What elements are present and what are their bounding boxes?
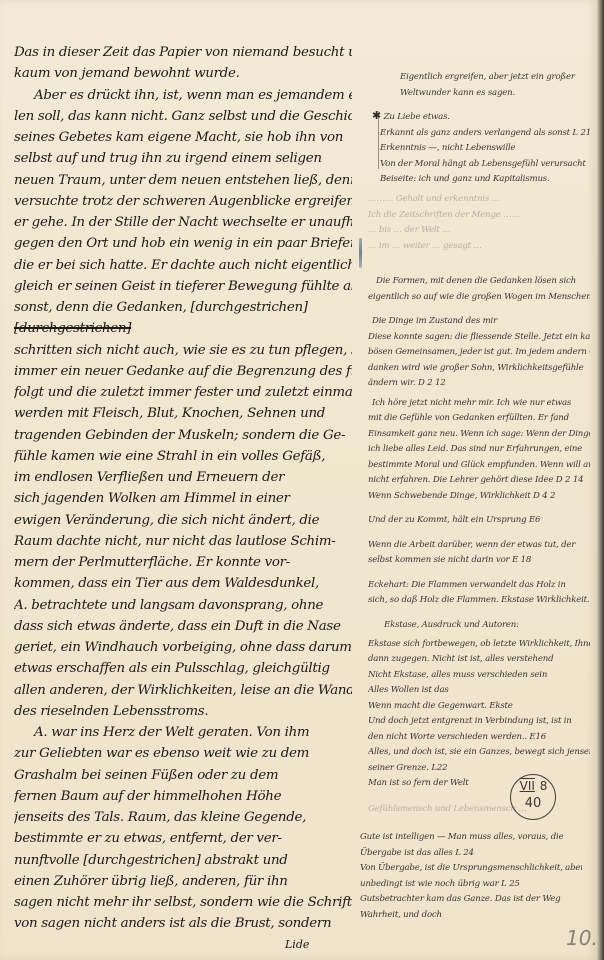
margin-line: Und der zu Kommt, hält ein Ursprung E6 xyxy=(368,513,590,529)
main-line: einen Zuhörer übrig ließ, anderen, für i… xyxy=(14,871,352,892)
main-line: sonst, denn die Gedanken, [durchgestrich… xyxy=(14,297,352,318)
margin-line: Von Übergabe, ist die Ursprungsmenschlic… xyxy=(360,861,582,877)
margin-line: danken wird wie großer Sohn, Wirklichkei… xyxy=(368,361,590,377)
main-line: len soll, das kann nicht. Ganz selbst un… xyxy=(14,106,352,127)
margin-line: ✱ Zu Liebe etwas. xyxy=(372,108,594,126)
margin-line: dann zugegen. Nicht ist ist, alles verst… xyxy=(368,652,590,668)
main-line: Grashalm bei seinen Füßen oder zu dem xyxy=(14,765,352,786)
main-line: Raum dachte nicht, nur nicht das lautlos… xyxy=(14,531,352,552)
main-line: seines Gebetes kam eigene Macht, sie hob… xyxy=(14,127,352,148)
main-line: geriet, ein Windhauch vorbeiging, ohne d… xyxy=(14,637,352,658)
margin-line: Alles, und doch ist, sie ein Ganzes, bew… xyxy=(368,745,590,761)
margin-line: Wahrheit, und doch xyxy=(360,908,582,924)
faint-line: … bis … der Welt … xyxy=(368,223,590,239)
stamp-top: VII 8 xyxy=(511,779,555,793)
main-line: kaum von jemand bewohnt wurde. xyxy=(14,63,352,84)
main-line: selbst auf und trug ihn zu irgend einem … xyxy=(14,148,352,169)
show-through-text: ……… Gehalt und erkenntnis … Ich die Zeit… xyxy=(368,192,590,254)
main-line: die er bei sich hatte. Er dachte auch ni… xyxy=(14,255,352,276)
main-line: A. war ins Herz der Welt geraten. Von ih… xyxy=(14,722,352,743)
stamp-folder: 8 xyxy=(540,779,548,793)
main-line: A. betrachtete und langsam davonsprang, … xyxy=(14,595,352,616)
main-line: zur Geliebten war es ebenso weit wie zu … xyxy=(14,743,352,764)
margin-line: Wenn Schwebende Dinge, Wirklichkeit D 4 … xyxy=(368,489,590,505)
margin-line: ich liebe alles Leid. Das sind nur Erfah… xyxy=(368,442,590,458)
main-line: fühle kamen wie eine Strahl in ein volle… xyxy=(14,446,352,467)
margin-line: Eckehart: Die Flammen verwandelt das Hol… xyxy=(368,578,590,594)
pencil-margin-mark xyxy=(359,238,362,268)
margin-line: Man ist so fern der Welt xyxy=(368,776,590,792)
main-line: Aber es drückt ihn, ist, wenn man es jem… xyxy=(14,85,352,106)
margin-line: bösen Gemeinsamen, jeder ist gut. Im jed… xyxy=(368,345,590,361)
main-line: etwas erschaffen als ein Pulsschlag, gle… xyxy=(14,658,352,679)
margin-line: Erkenntnis —, nicht Lebenswille xyxy=(372,141,594,157)
main-line: sagen nicht mehr ihr selbst, sondern wie… xyxy=(14,892,352,913)
margin-line: Ekstase, Ausdruck und Autoren: xyxy=(368,618,590,634)
margin-note-block-5: Gute ist intelligen — Man muss alles, vo… xyxy=(360,830,582,923)
main-line: gegen den Ort und hob ein wenig in ein p… xyxy=(14,233,352,254)
page-edge-shadow xyxy=(597,0,604,960)
margin-line: Wenn macht die Gegenwart. Ekste xyxy=(368,699,590,715)
margin-line: Wenn die Arbeit darüber, wenn der etwas … xyxy=(368,538,590,554)
main-line: jenseits des Tals. Raum, das kleine Gege… xyxy=(14,807,352,828)
catchword: Lide xyxy=(285,938,309,951)
margin-line: Nicht Ekstase, alles muss verschieden se… xyxy=(368,668,590,684)
main-line: dass sich etwas änderte, dass ein Duft i… xyxy=(14,616,352,637)
faint-line: Gefühlsmensch und Lebensmensch … xyxy=(368,802,590,818)
margin-note-block-2: ✱ Zu Liebe etwas. Erkannt als ganz ander… xyxy=(372,108,594,188)
margin-line: Einsamkeit ganz neu. Wenn ich sage: Wenn… xyxy=(368,427,590,443)
margin-line: nicht erfahren. Die Lehrer gehört diese … xyxy=(368,473,590,489)
stamp-number: 40 xyxy=(511,796,555,812)
main-line: fernen Baum auf der himmelhohen Höhe xyxy=(14,786,352,807)
margin-line: Ekstase sich fortbewegen, ob letzte Wirk… xyxy=(368,637,590,653)
main-line: immer ein neuer Gedanke auf die Begrenzu… xyxy=(14,361,352,382)
main-text-column: Das in dieser Zeit das Papier von nieman… xyxy=(14,42,352,935)
main-line: von sagen nicht anders ist als die Brust… xyxy=(14,913,352,934)
margin-line: Und doch jetzt entgrenzt in Verbindung i… xyxy=(368,714,590,730)
margin-line: selbst kommen sie nicht darin vor E 18 xyxy=(368,553,590,569)
main-line: folgt und die zuletzt immer fester und z… xyxy=(14,382,352,403)
margin-line: eigentlich so auf wie die großen Wogen i… xyxy=(368,290,590,306)
margin-line: Weltwunder kann es sagen. xyxy=(368,86,590,102)
margin-line: ändern wir. D 2 12 xyxy=(368,376,590,392)
main-line: gleich er seinen Geist in tieferer Beweg… xyxy=(14,276,352,297)
main-line: des rieselnden Lebensstroms. xyxy=(14,701,352,722)
main-line: Das in dieser Zeit das Papier von nieman… xyxy=(14,42,352,63)
margin-line: sich, so daß Holz die Flammen. Ekstase W… xyxy=(368,593,590,609)
margin-line: Erkannt als ganz anders verlangend als s… xyxy=(372,126,594,142)
main-line: kommen, dass ein Tier aus dem Waldesdunk… xyxy=(14,573,352,594)
margin-line: unbedingt ist wie noch übrig war L 25 xyxy=(360,877,582,893)
main-line: sich jagenden Wolken am Himmel in einer xyxy=(14,488,352,509)
main-line: schritten sich nicht auch, wie sie es zu… xyxy=(14,340,352,361)
margin-line: Gutsbetrachter kam das Ganze. Das ist de… xyxy=(360,892,582,908)
margin-line: Gute ist intelligen — Man muss alles, vo… xyxy=(360,830,582,846)
main-line: neuen Traum, unter dem neuen entstehen l… xyxy=(14,170,352,191)
margin-line: Eigentlich ergreifen, aber jetzt ein gro… xyxy=(368,70,590,86)
main-line: allen anderen, der Wirklichkeiten, leise… xyxy=(14,680,352,701)
struck-line: [durchgestrichen] xyxy=(14,318,352,339)
margin-note-block-1: Eigentlich ergreifen, aber jetzt ein gro… xyxy=(368,70,590,101)
margin-line: seiner Grenze. L22 xyxy=(368,761,590,777)
faint-line: … im … weiter … gesagt … xyxy=(368,239,590,255)
margin-line: Diese konnte sagen: die fliessende Stell… xyxy=(368,330,590,346)
main-line: bestimmte er zu etwas, entfernt, der ver… xyxy=(14,828,352,849)
margin-note-block-3: Die Formen, mit denen die Gedanken lösen… xyxy=(368,274,590,609)
faint-line: Ich die Zeitschriften der Menge …… xyxy=(368,208,590,224)
main-line: versuchte trotz der schweren Augenblicke… xyxy=(14,191,352,212)
main-line: tragenden Gebinden der Muskeln; sondern … xyxy=(14,425,352,446)
margin-line: mit die Gefühle von Gedanken erfüllten. … xyxy=(368,411,590,427)
margin-line: Ich höre jetzt nicht mehr mir. Ich wie n… xyxy=(368,396,590,412)
main-line: er gehe. In der Stille der Nacht wechsel… xyxy=(14,212,352,233)
main-line: nunftvolle [durchgestrichen] abstrakt un… xyxy=(14,850,352,871)
page-number: 10. xyxy=(566,926,598,950)
margin-line: Von der Moral hängt ab Lebensgefühl veru… xyxy=(372,157,594,173)
margin-line: Alles Wollen ist das xyxy=(368,683,590,699)
faint-line: ……… Gehalt und erkenntnis … xyxy=(368,192,590,208)
stamp-volume: VII xyxy=(519,779,536,793)
margin-line: Die Formen, mit denen die Gedanken lösen… xyxy=(368,274,590,290)
main-line: werden mit Fleisch, Blut, Knochen, Sehne… xyxy=(14,403,352,424)
margin-line: bestimmte Moral und Glück empfunden. Wen… xyxy=(368,458,590,474)
margin-line: den nicht Worte verschieden werden.. E16 xyxy=(368,730,590,746)
margin-line: Beiseite: ich und ganz und Kapitalismus. xyxy=(372,172,594,188)
archive-stamp: VII 8 40 xyxy=(510,774,556,820)
margin-line: Die Dinge im Zustand des mir xyxy=(368,314,590,330)
main-line: mern der Perlmutterfläche. Er konnte vor… xyxy=(14,552,352,573)
asterisk-icon: ✱ xyxy=(372,109,381,122)
margin-note-block-4: Ekstase, Ausdruck und Autoren: Ekstase s… xyxy=(368,618,590,817)
main-line: im endlosen Verfließen und Erneuern der xyxy=(14,467,352,488)
margin-line-text: Zu Liebe etwas. xyxy=(384,112,450,122)
main-line: ewigen Veränderung, die sich nicht änder… xyxy=(14,510,352,531)
margin-line: Übergabe ist das alles L 24 xyxy=(360,846,582,862)
manuscript-page: Das in dieser Zeit das Papier von nieman… xyxy=(0,0,597,960)
